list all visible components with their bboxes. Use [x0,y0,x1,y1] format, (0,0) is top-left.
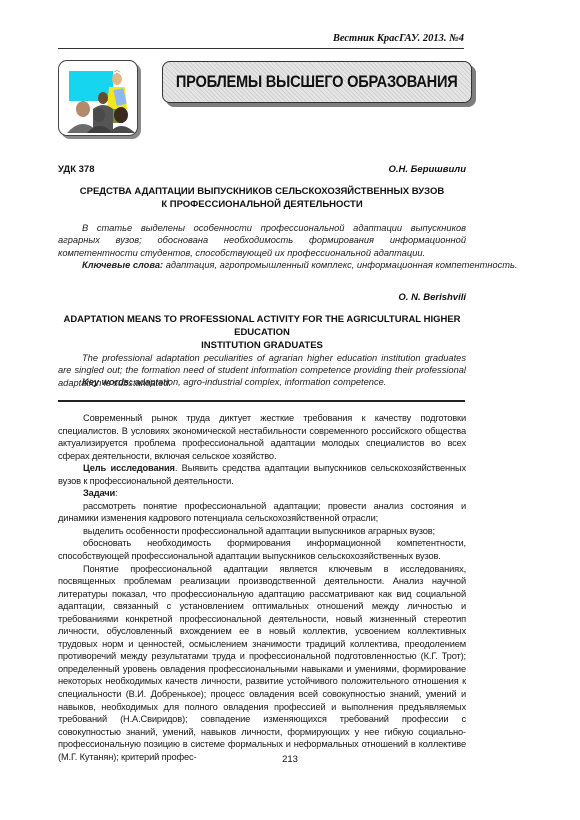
classroom-teacher-icon [59,61,137,135]
section-title: ПРОБЛЕМЫ ВЫСШЕГО ОБРАЗОВАНИЯ [176,72,458,92]
paragraph-concept: Понятие профессиональной адаптации являе… [58,563,466,764]
page-number: 213 [0,754,580,765]
journal-running-header: Вестник КрасГАУ. 2013. №4 [58,33,464,44]
title-ru-line2: К ПРОФЕССИОНАЛЬНОЙ ДЕЯТЕЛЬНОСТИ [58,198,466,211]
keywords-en-text: adaptation, agro-industrial complex, inf… [132,377,386,387]
paragraph-tasks-heading: Задачи: [58,487,466,500]
journal-page: Вестник КрасГАУ. 2013. №4 ПРОБЛЕМЫ ВЫСШЕ… [0,0,580,820]
author-ru: О.Н. Беришвили [389,164,466,175]
abstract-ru-text: В статье выделены особенности профессион… [58,223,466,258]
title-en-line2: INSTITUTION GRADUATES [58,339,466,352]
keywords-en-label: Key words: [82,377,132,387]
title-ru-line1: СРЕДСТВА АДАПТАЦИИ ВЫПУСКНИКОВ СЕЛЬСКОХО… [58,185,466,198]
keywords-ru-label: Ключевые слова: [82,260,163,270]
header-rule [58,48,464,49]
task-item-3: обосновать необходимость формирования ин… [58,537,466,562]
abstract-ru: В статье выделены особенности профессион… [58,222,466,259]
article-title-ru: СРЕДСТВА АДАПТАЦИИ ВЫПУСКНИКОВ СЕЛЬСКОХО… [58,185,466,211]
title-en-line1: ADAPTATION MEANS TO PROFESSIONAL ACTIVIT… [58,313,466,339]
goal-label: Цель исследования [83,463,175,473]
task-item-1: рассмотреть понятие профессиональной ада… [58,500,466,525]
article-title-en: ADAPTATION MEANS TO PROFESSIONAL ACTIVIT… [58,313,466,352]
udk-code: УДК 378 [58,164,94,175]
section-banner: ПРОБЛЕМЫ ВЫСШЕГО ОБРАЗОВАНИЯ [162,61,472,103]
keywords-en: Key words: adaptation, agro-industrial c… [82,377,386,387]
tasks-colon: : [115,488,117,498]
paragraph-goal: Цель исследования. Выявить средства адап… [58,462,466,487]
task-item-2: выделить особенности профессиональной ад… [58,525,466,538]
section-illustration [58,60,138,136]
author-en: O. N. Berishvili [398,292,466,303]
article-body: Современный рынок труда диктует жесткие … [58,412,466,763]
keywords-ru: Ключевые слова: адаптация, агропромышлен… [82,260,518,270]
tasks-label: Задачи [83,488,115,498]
section-divider [58,400,465,402]
paragraph-intro: Современный рынок труда диктует жесткие … [58,412,466,462]
keywords-ru-text: адаптация, агропромышленный комплекс, ин… [163,260,517,270]
